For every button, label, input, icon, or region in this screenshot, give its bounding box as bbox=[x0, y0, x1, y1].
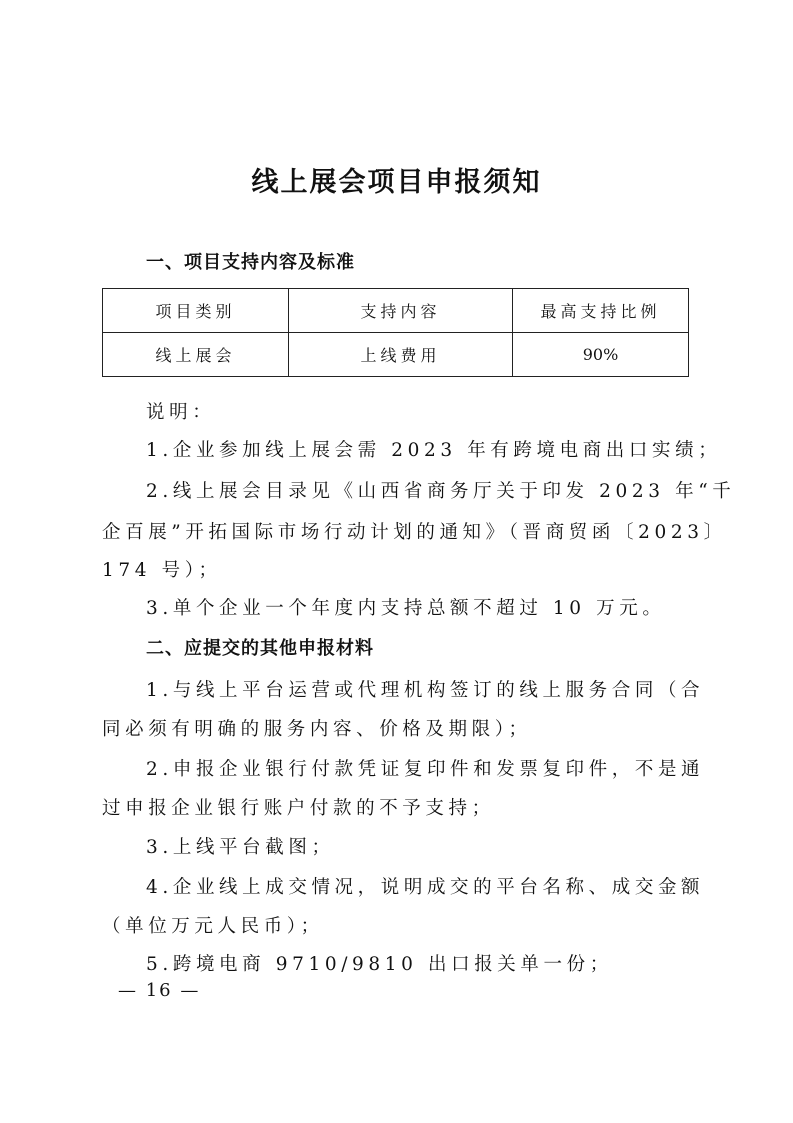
material-item-2-line-1: 2.申报企业银行付款凭证复印件和发票复印件，不是通 bbox=[146, 755, 704, 781]
material-item-5: 5.跨境电商 9710/9810 出口报关单一份； bbox=[146, 950, 613, 976]
table-header-cell: 支持内容 bbox=[289, 289, 513, 333]
note-item-3: 3.单个企业一个年度内支持总额不超过 10 万元。 bbox=[146, 594, 665, 620]
note-item-1: 1.企业参加线上展会需 2023 年有跨境电商出口实绩； bbox=[146, 436, 721, 462]
table-cell: 90% bbox=[513, 333, 689, 377]
table-header-cell: 项目类别 bbox=[103, 289, 289, 333]
material-item-1-line-1: 1.与线上平台运营或代理机构签订的线上服务合同（合 bbox=[146, 676, 704, 702]
note-item-2-line-3: 174 号）； bbox=[102, 556, 222, 582]
material-item-4-line-2: （单位万元人民币）； bbox=[102, 912, 324, 938]
table-header-cell: 最高支持比例 bbox=[513, 289, 689, 333]
section-heading-other-materials: 二、应提交的其他申报材料 bbox=[146, 634, 374, 660]
note-item-2-line-2: 企百展”开拓国际市场行动计划的通知》（晋商贸函〔2023〕 bbox=[102, 518, 727, 544]
table-cell: 线上展会 bbox=[103, 333, 289, 377]
section-heading-support-standards: 一、项目支持内容及标准 bbox=[146, 248, 355, 274]
material-item-1-line-2: 同必须有明确的服务内容、价格及期限）； bbox=[102, 715, 532, 741]
table-cell: 上线费用 bbox=[289, 333, 513, 377]
page-number: — 16 — bbox=[118, 980, 200, 1001]
material-item-2-line-2: 过申报企业银行账户付款的不予支持； bbox=[102, 794, 495, 820]
material-item-3: 3.上线平台截图； bbox=[146, 833, 335, 859]
page-title: 线上展会项目申报须知 bbox=[0, 160, 793, 199]
table-header-row: 项目类别 支持内容 最高支持比例 bbox=[103, 289, 689, 333]
notes-label: 说明： bbox=[146, 398, 215, 424]
support-standards-table: 项目类别 支持内容 最高支持比例 线上展会 上线费用 90% bbox=[102, 288, 689, 377]
document-page: 线上展会项目申报须知 一、项目支持内容及标准 项目类别 支持内容 最高支持比例 … bbox=[0, 0, 793, 1123]
material-item-4-line-1: 4.企业线上成交情况，说明成交的平台名称、成交金额 bbox=[146, 873, 704, 899]
table-row: 线上展会 上线费用 90% bbox=[103, 333, 689, 377]
note-item-2-line-1: 2.线上展会目录见《山西省商务厅关于印发 2023 年“千 bbox=[146, 477, 735, 503]
